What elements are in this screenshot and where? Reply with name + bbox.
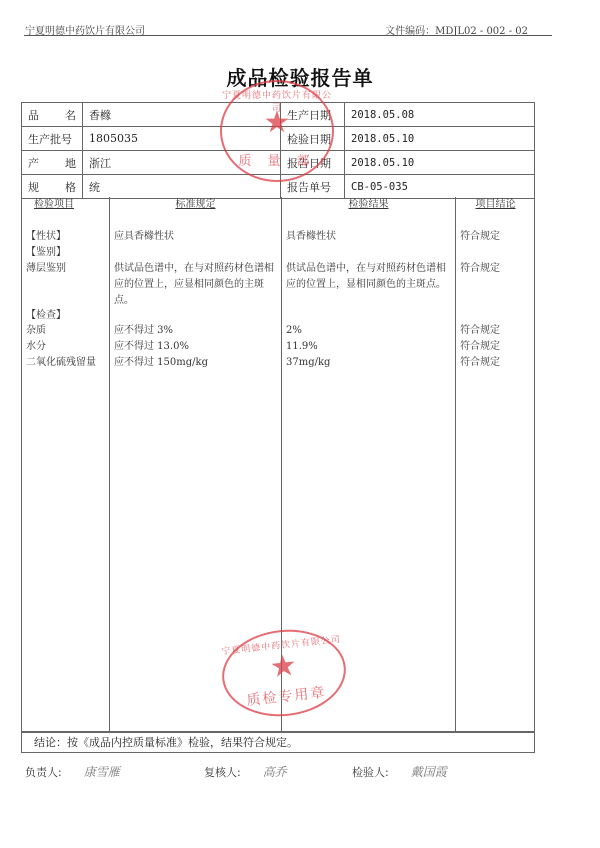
item-so2: 二氧化硫残留量 [26, 355, 105, 371]
standard-character: 应具香橼性状 [114, 229, 277, 245]
conclusion-tlc: 符合规定 [460, 261, 531, 277]
item-moisture: 水分 [26, 339, 105, 355]
column-standard: 标准规定 应具香橼性状 供试品色谱中，在与对照药材色谱相应的位置上，应显相同颜色… [109, 197, 281, 731]
result-impurity: 2% [286, 323, 451, 339]
product-name-value: 香橼 [83, 103, 281, 127]
report-date-value: 2018.05.10 [345, 151, 535, 175]
inspection-date-value: 2018.05.10 [345, 127, 535, 151]
page-title: 成品检验报告单 [0, 62, 600, 91]
batch-number-value: 1805035 [83, 127, 281, 151]
column-result: 检验结果 具香橼性状 供试品色谱中，在与对照药材色谱相应的位置上，显相同颜色的主… [281, 197, 455, 731]
conclusion-moisture: 符合规定 [460, 339, 531, 355]
spec-value: 统 [83, 175, 281, 199]
label-production-date: 生产日期 [281, 103, 345, 127]
header-result: 检验结果 [282, 197, 455, 213]
overall-conclusion: 结论：按《成品内控质量标准》检验，结果符合规定。 [21, 732, 535, 753]
report-number-value: CB-05-035 [345, 175, 535, 199]
standard-impurity: 应不得过 3% [114, 323, 277, 339]
label-report-date: 报告日期 [281, 151, 345, 175]
result-moisture: 11.9% [286, 339, 451, 355]
label-origin-2: 地 [65, 155, 76, 171]
standard-so2: 应不得过 150mg/kg [114, 355, 277, 371]
reviewer-signature: 高乔 [263, 765, 287, 779]
header-divider [24, 35, 552, 36]
label-spec-1: 规 [28, 179, 39, 195]
signature-inspector: 检验人:戴国霞 [352, 763, 447, 780]
production-date-value: 2018.05.08 [345, 103, 535, 127]
label-product-name-1: 品 [28, 107, 39, 123]
item-character: 【性状】 [26, 229, 105, 245]
item-impurity: 杂质 [26, 323, 105, 339]
label-origin-1: 产 [28, 155, 39, 171]
result-so2: 37mg/kg [286, 355, 451, 371]
result-character: 具香橼性状 [286, 229, 451, 245]
label-spec-2: 格 [65, 179, 76, 195]
header-conclusion: 项目结论 [456, 197, 535, 213]
standard-moisture: 应不得过 13.0% [114, 339, 277, 355]
responsible-label: 负责人: [25, 766, 62, 779]
label-product-name-2: 名 [65, 107, 76, 123]
header-standard: 标准规定 [110, 197, 281, 213]
label-report-number: 报告单号 [281, 175, 345, 199]
responsible-signature: 康雪雁 [84, 765, 120, 779]
signature-responsible: 负责人:康雪雁 [25, 763, 120, 780]
label-batch-number: 生产批号 [22, 127, 83, 151]
result-tlc: 供试品色谱中，在与对照药材色谱相应的位置上，显相同颜色的主斑点。 [286, 261, 451, 293]
origin-value: 浙江 [83, 151, 281, 175]
item-identification: 【鉴别】 [26, 245, 105, 261]
conclusion-so2: 符合规定 [460, 355, 531, 371]
column-test-item: 检验项目 【性状】 【鉴别】 薄层鉴别 【检查】 杂质 水分 二氧化硫残留量 [22, 197, 109, 731]
inspector-signature: 戴国霞 [411, 765, 447, 779]
reviewer-label: 复核人: [204, 766, 241, 779]
item-check: 【检查】 [26, 308, 105, 324]
conclusion-impurity: 符合规定 [460, 323, 531, 339]
info-row-batch-number: 生产批号 1805035 检验日期 2018.05.10 [22, 127, 535, 151]
product-info-table: 品名 香橼 生产日期 2018.05.08 生产批号 1805035 检验日期 … [21, 102, 535, 199]
conclusion-character: 符合规定 [460, 229, 531, 245]
info-row-spec: 规格 统 报告单号 CB-05-035 [22, 175, 535, 199]
standard-tlc: 供试品色谱中，在与对照药材色谱相应的位置上，应显相同颜色的主斑点。 [114, 261, 277, 309]
label-inspection-date: 检验日期 [281, 127, 345, 151]
header-test-item: 检验项目 [22, 197, 109, 213]
inspector-label: 检验人: [352, 766, 389, 779]
info-row-origin: 产地 浙江 报告日期 2018.05.10 [22, 151, 535, 175]
item-tlc: 薄层鉴别 [26, 261, 105, 277]
column-conclusion: 项目结论 符合规定 符合规定 符合规定 符合规定 符合规定 [455, 197, 535, 731]
signature-reviewer: 复核人:高乔 [204, 763, 287, 780]
inspection-detail-table: 检验项目 【性状】 【鉴别】 薄层鉴别 【检查】 杂质 水分 二氧化硫残留量 标… [21, 197, 535, 732]
info-row-product-name: 品名 香橼 生产日期 2018.05.08 [22, 103, 535, 127]
